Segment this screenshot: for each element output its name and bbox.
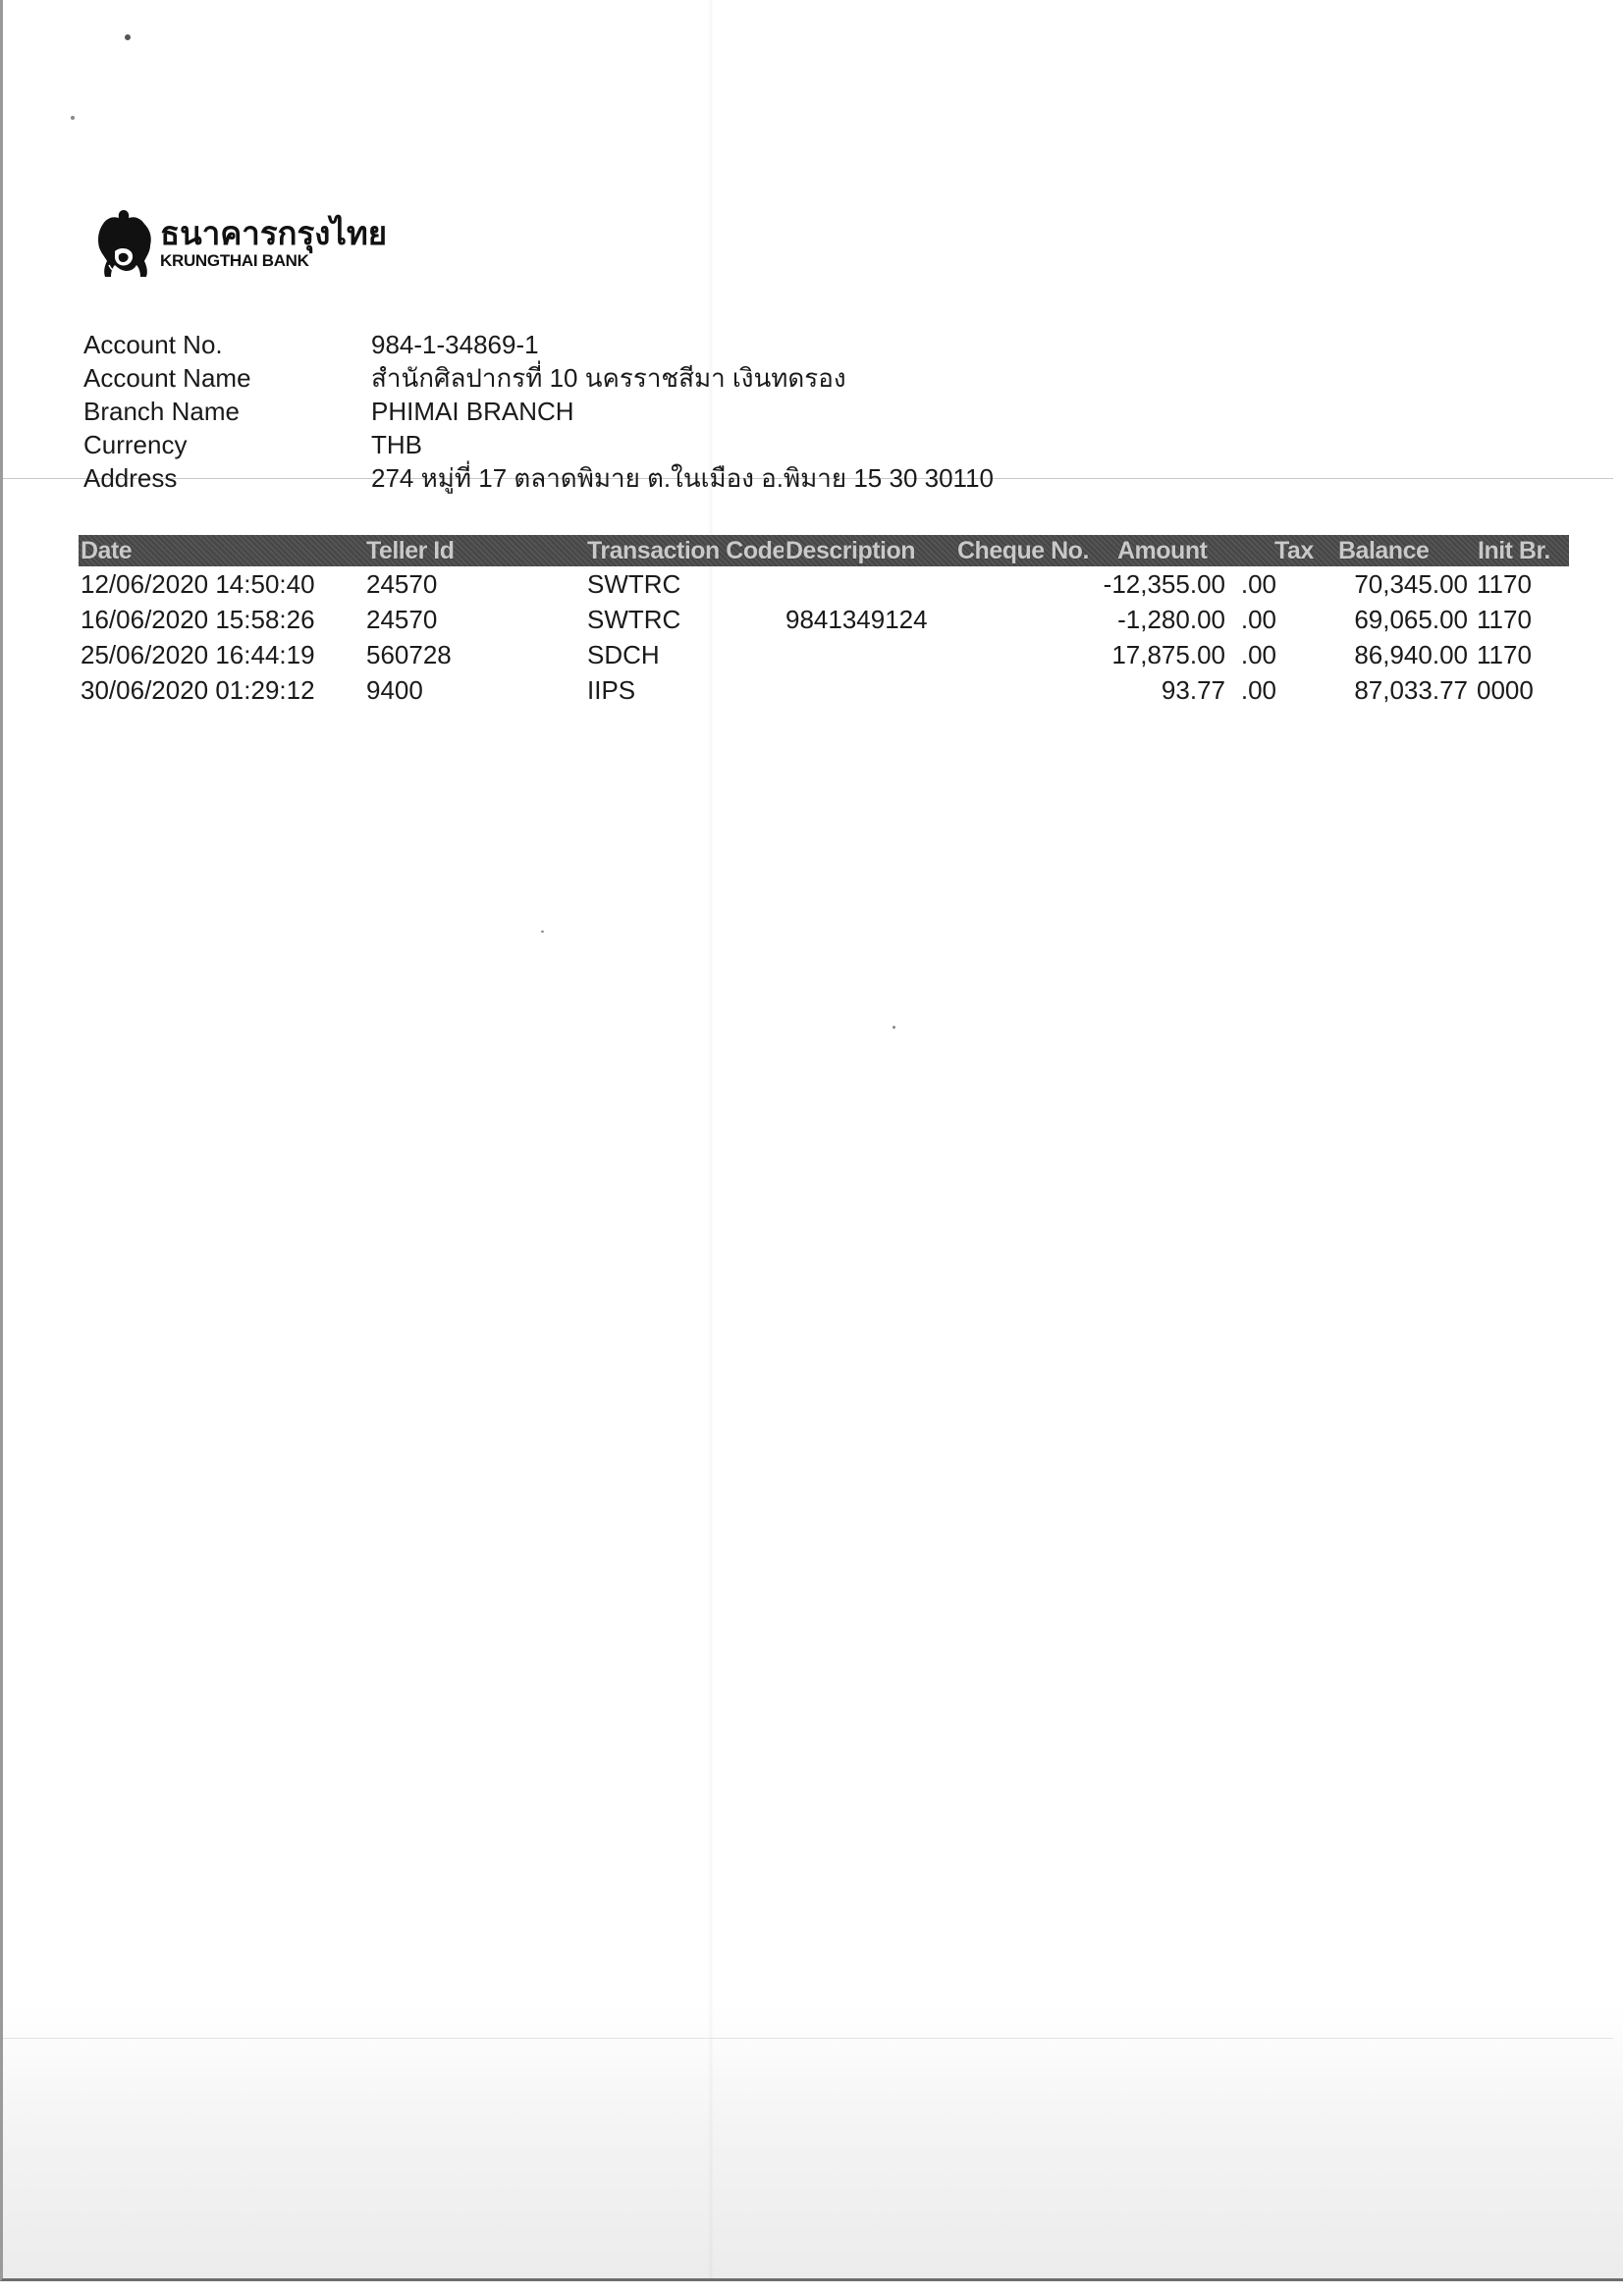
column-header-transaction-code: Transaction Code bbox=[587, 535, 784, 566]
scan-speck bbox=[71, 116, 75, 120]
column-header-amount: Amount bbox=[1117, 535, 1207, 566]
cell-date: 16/06/2020 15:58:26 bbox=[81, 602, 315, 637]
cell-balance: 69,065.00 bbox=[1286, 602, 1468, 637]
cell-init-br: 1170 bbox=[1477, 602, 1532, 637]
table-row: 16/06/2020 15:58:26 24570 SWTRC 98413491… bbox=[79, 602, 1569, 637]
table-row: 30/06/2020 01:29:12 9400 IIPS 93.77 .00 … bbox=[79, 672, 1569, 708]
address-value: 274 หมู่ที่ 17 ตลาดพิมาย ต.ในเมือง อ.พิม… bbox=[371, 458, 994, 499]
cell-teller-id: 9400 bbox=[366, 672, 423, 708]
account-number-label: Account No. bbox=[83, 330, 371, 360]
transactions-table: Date Teller Id Transaction Code Descript… bbox=[79, 535, 1569, 708]
cell-teller-id: 24570 bbox=[366, 566, 437, 602]
cell-transaction-code: IIPS bbox=[587, 672, 635, 708]
column-header-tax: Tax bbox=[1274, 535, 1314, 566]
cell-tax: .00 bbox=[1237, 637, 1276, 672]
cell-teller-id: 560728 bbox=[366, 637, 452, 672]
account-info: Account No. 984-1-34869-1 Account Name ส… bbox=[83, 328, 994, 495]
cell-tax: .00 bbox=[1237, 566, 1276, 602]
cell-transaction-code: SWTRC bbox=[587, 602, 680, 637]
cell-date: 12/06/2020 14:50:40 bbox=[81, 566, 315, 602]
garuda-emblem-icon bbox=[93, 206, 154, 281]
cell-init-br: 0000 bbox=[1477, 672, 1534, 708]
account-number-value: 984-1-34869-1 bbox=[371, 330, 539, 360]
column-header-balance: Balance bbox=[1338, 535, 1429, 566]
cell-amount: 17,875.00 bbox=[1060, 637, 1225, 672]
currency-value: THB bbox=[371, 430, 422, 460]
currency-label: Currency bbox=[83, 430, 371, 460]
cell-amount: -1,280.00 bbox=[1060, 602, 1225, 637]
cell-amount: 93.77 bbox=[1060, 672, 1225, 708]
branch-name-value: PHIMAI BRANCH bbox=[371, 397, 574, 427]
scan-artifact-line bbox=[3, 2038, 1613, 2039]
cell-balance: 87,033.77 bbox=[1286, 672, 1468, 708]
cell-amount: -12,355.00 bbox=[1060, 566, 1225, 602]
account-number-row: Account No. 984-1-34869-1 bbox=[83, 328, 994, 361]
address-label: Address bbox=[83, 463, 371, 494]
scan-speck bbox=[893, 1026, 895, 1029]
account-name-row: Account Name สำนักศิลปากรที่ 10 นครราชสี… bbox=[83, 361, 994, 395]
scan-speck bbox=[125, 34, 131, 40]
cell-init-br: 1170 bbox=[1477, 566, 1532, 602]
column-header-description: Description bbox=[785, 535, 915, 566]
cell-tax: .00 bbox=[1237, 672, 1276, 708]
statement-page: ธนาคารกรุงไทย KRUNGTHAI BANK Account No.… bbox=[0, 0, 1623, 2281]
cell-init-br: 1170 bbox=[1477, 637, 1532, 672]
cell-transaction-code: SWTRC bbox=[587, 566, 680, 602]
branch-name-row: Branch Name PHIMAI BRANCH bbox=[83, 395, 994, 428]
cell-description: 9841349124 bbox=[785, 602, 928, 637]
column-header-init-br: Init Br. bbox=[1478, 535, 1550, 566]
branch-name-label: Branch Name bbox=[83, 397, 371, 427]
column-header-cheque-no: Cheque No. bbox=[957, 535, 1089, 566]
cell-balance: 70,345.00 bbox=[1286, 566, 1468, 602]
cell-date: 25/06/2020 16:44:19 bbox=[81, 637, 315, 672]
cell-date: 30/06/2020 01:29:12 bbox=[81, 672, 315, 708]
account-name-value: สำนักศิลปากรที่ 10 นครราชสีมา เงินทดรอง bbox=[371, 358, 846, 399]
table-header: Date Teller Id Transaction Code Descript… bbox=[79, 535, 1569, 566]
cell-tax: .00 bbox=[1237, 602, 1276, 637]
bank-logo: ธนาคารกรุงไทย KRUNGTHAI BANK bbox=[93, 206, 387, 281]
bank-name-thai: ธนาคารกรุงไทย bbox=[160, 216, 387, 251]
address-row: Address 274 หมู่ที่ 17 ตลาดพิมาย ต.ในเมื… bbox=[83, 461, 994, 495]
table-row: 12/06/2020 14:50:40 24570 SWTRC -12,355.… bbox=[79, 566, 1569, 602]
cell-transaction-code: SDCH bbox=[587, 637, 660, 672]
cell-balance: 86,940.00 bbox=[1286, 637, 1468, 672]
currency-row: Currency THB bbox=[83, 428, 994, 461]
table-row: 25/06/2020 16:44:19 560728 SDCH 17,875.0… bbox=[79, 637, 1569, 672]
column-header-teller-id: Teller Id bbox=[366, 535, 455, 566]
table-body: 12/06/2020 14:50:40 24570 SWTRC -12,355.… bbox=[79, 566, 1569, 708]
account-name-label: Account Name bbox=[83, 363, 371, 394]
cell-teller-id: 24570 bbox=[366, 602, 437, 637]
bank-name-english: KRUNGTHAI BANK bbox=[160, 251, 387, 271]
scan-speck bbox=[541, 931, 544, 933]
column-header-date: Date bbox=[81, 535, 132, 566]
